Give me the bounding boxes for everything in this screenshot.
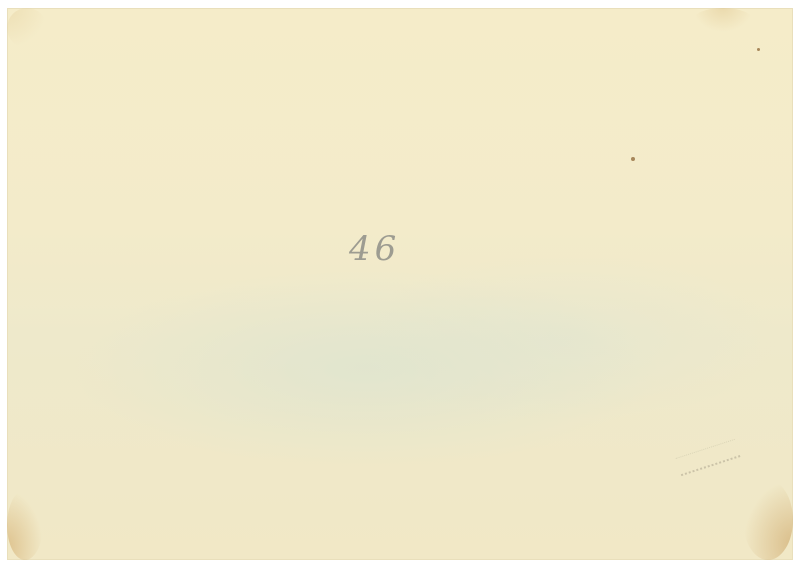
faint-stamp-mark: [676, 439, 741, 476]
brown-speck: [631, 157, 635, 161]
paper-sheet: 46: [7, 8, 793, 560]
brown-speck: [757, 48, 760, 51]
corner-stain-top-right: [693, 8, 753, 32]
corner-stain-top-left: [7, 8, 47, 48]
handwritten-page-number: 46: [349, 229, 400, 269]
corner-stain-bottom-left: [7, 490, 43, 560]
corner-stain-bottom-right: [743, 480, 793, 560]
